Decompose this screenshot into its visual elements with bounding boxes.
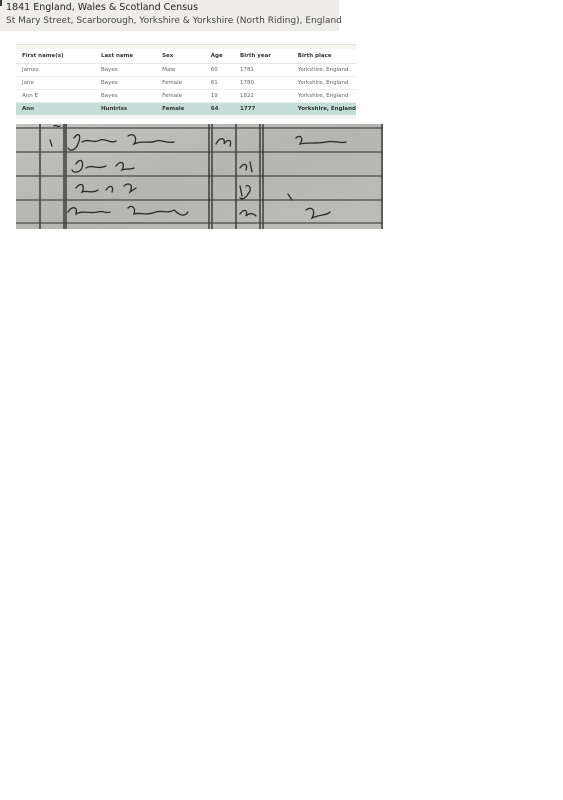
- cell-last-name: Huntriss: [95, 103, 156, 116]
- cell-age: 19: [205, 90, 234, 103]
- column-header-first-name: First name(s): [16, 49, 95, 64]
- household-table-container: First name(s) Last name Sex Age Birth ye…: [16, 44, 356, 119]
- cell-first-name: Ann E: [16, 90, 95, 103]
- cell-birth-place: Yorkshire, England: [292, 90, 356, 103]
- cell-first-name: Ann: [16, 103, 95, 116]
- cell-birth-year: 1777: [234, 103, 292, 116]
- column-header-age: Age: [205, 49, 234, 64]
- record-title: 1841 England, Wales & Scotland Census: [6, 2, 198, 13]
- cell-birth-place: Yorkshire, England: [292, 77, 356, 90]
- record-header: 1841 England, Wales & Scotland Census St…: [0, 0, 339, 31]
- cell-birth-year: 1781: [234, 64, 292, 77]
- column-header-last-name: Last name: [95, 49, 156, 64]
- cell-last-name: Bayes: [95, 77, 156, 90]
- census-page-image[interactable]: [16, 124, 383, 229]
- cell-sex: Female: [156, 103, 205, 116]
- cell-last-name: Bayes: [95, 64, 156, 77]
- cell-first-name: Jane: [16, 77, 95, 90]
- table-row[interactable]: Jane Bayes Female 61 1780 Yorkshire, Eng…: [16, 77, 356, 90]
- cell-birth-year: 1822: [234, 90, 292, 103]
- cell-birth-place: Yorkshire, England: [292, 103, 356, 116]
- cell-first-name: James: [16, 64, 95, 77]
- cell-age: 61: [205, 77, 234, 90]
- census-scan-graphic: [16, 124, 383, 229]
- table-row[interactable]: Ann E Bayes Female 19 1822 Yorkshire, En…: [16, 90, 356, 103]
- column-header-birth-year: Birth year: [234, 49, 292, 64]
- record-location: St Mary Street, Scarborough, Yorkshire &…: [6, 16, 342, 26]
- cell-sex: Male: [156, 64, 205, 77]
- cell-sex: Female: [156, 77, 205, 90]
- cell-age: 60: [205, 64, 234, 77]
- cell-sex: Female: [156, 90, 205, 103]
- cell-last-name: Bayes: [95, 90, 156, 103]
- column-header-birth-place: Birth place: [292, 49, 356, 64]
- corner-mark: [0, 0, 2, 6]
- table-header-row: First name(s) Last name Sex Age Birth ye…: [16, 49, 356, 64]
- cell-birth-year: 1780: [234, 77, 292, 90]
- cell-birth-place: Yorkshire, England: [292, 64, 356, 77]
- table-row-highlighted[interactable]: Ann Huntriss Female 64 1777 Yorkshire, E…: [16, 103, 356, 116]
- column-header-sex: Sex: [156, 49, 205, 64]
- cell-age: 64: [205, 103, 234, 116]
- household-table: First name(s) Last name Sex Age Birth ye…: [16, 49, 356, 115]
- table-row[interactable]: James Bayes Male 60 1781 Yorkshire, Engl…: [16, 64, 356, 77]
